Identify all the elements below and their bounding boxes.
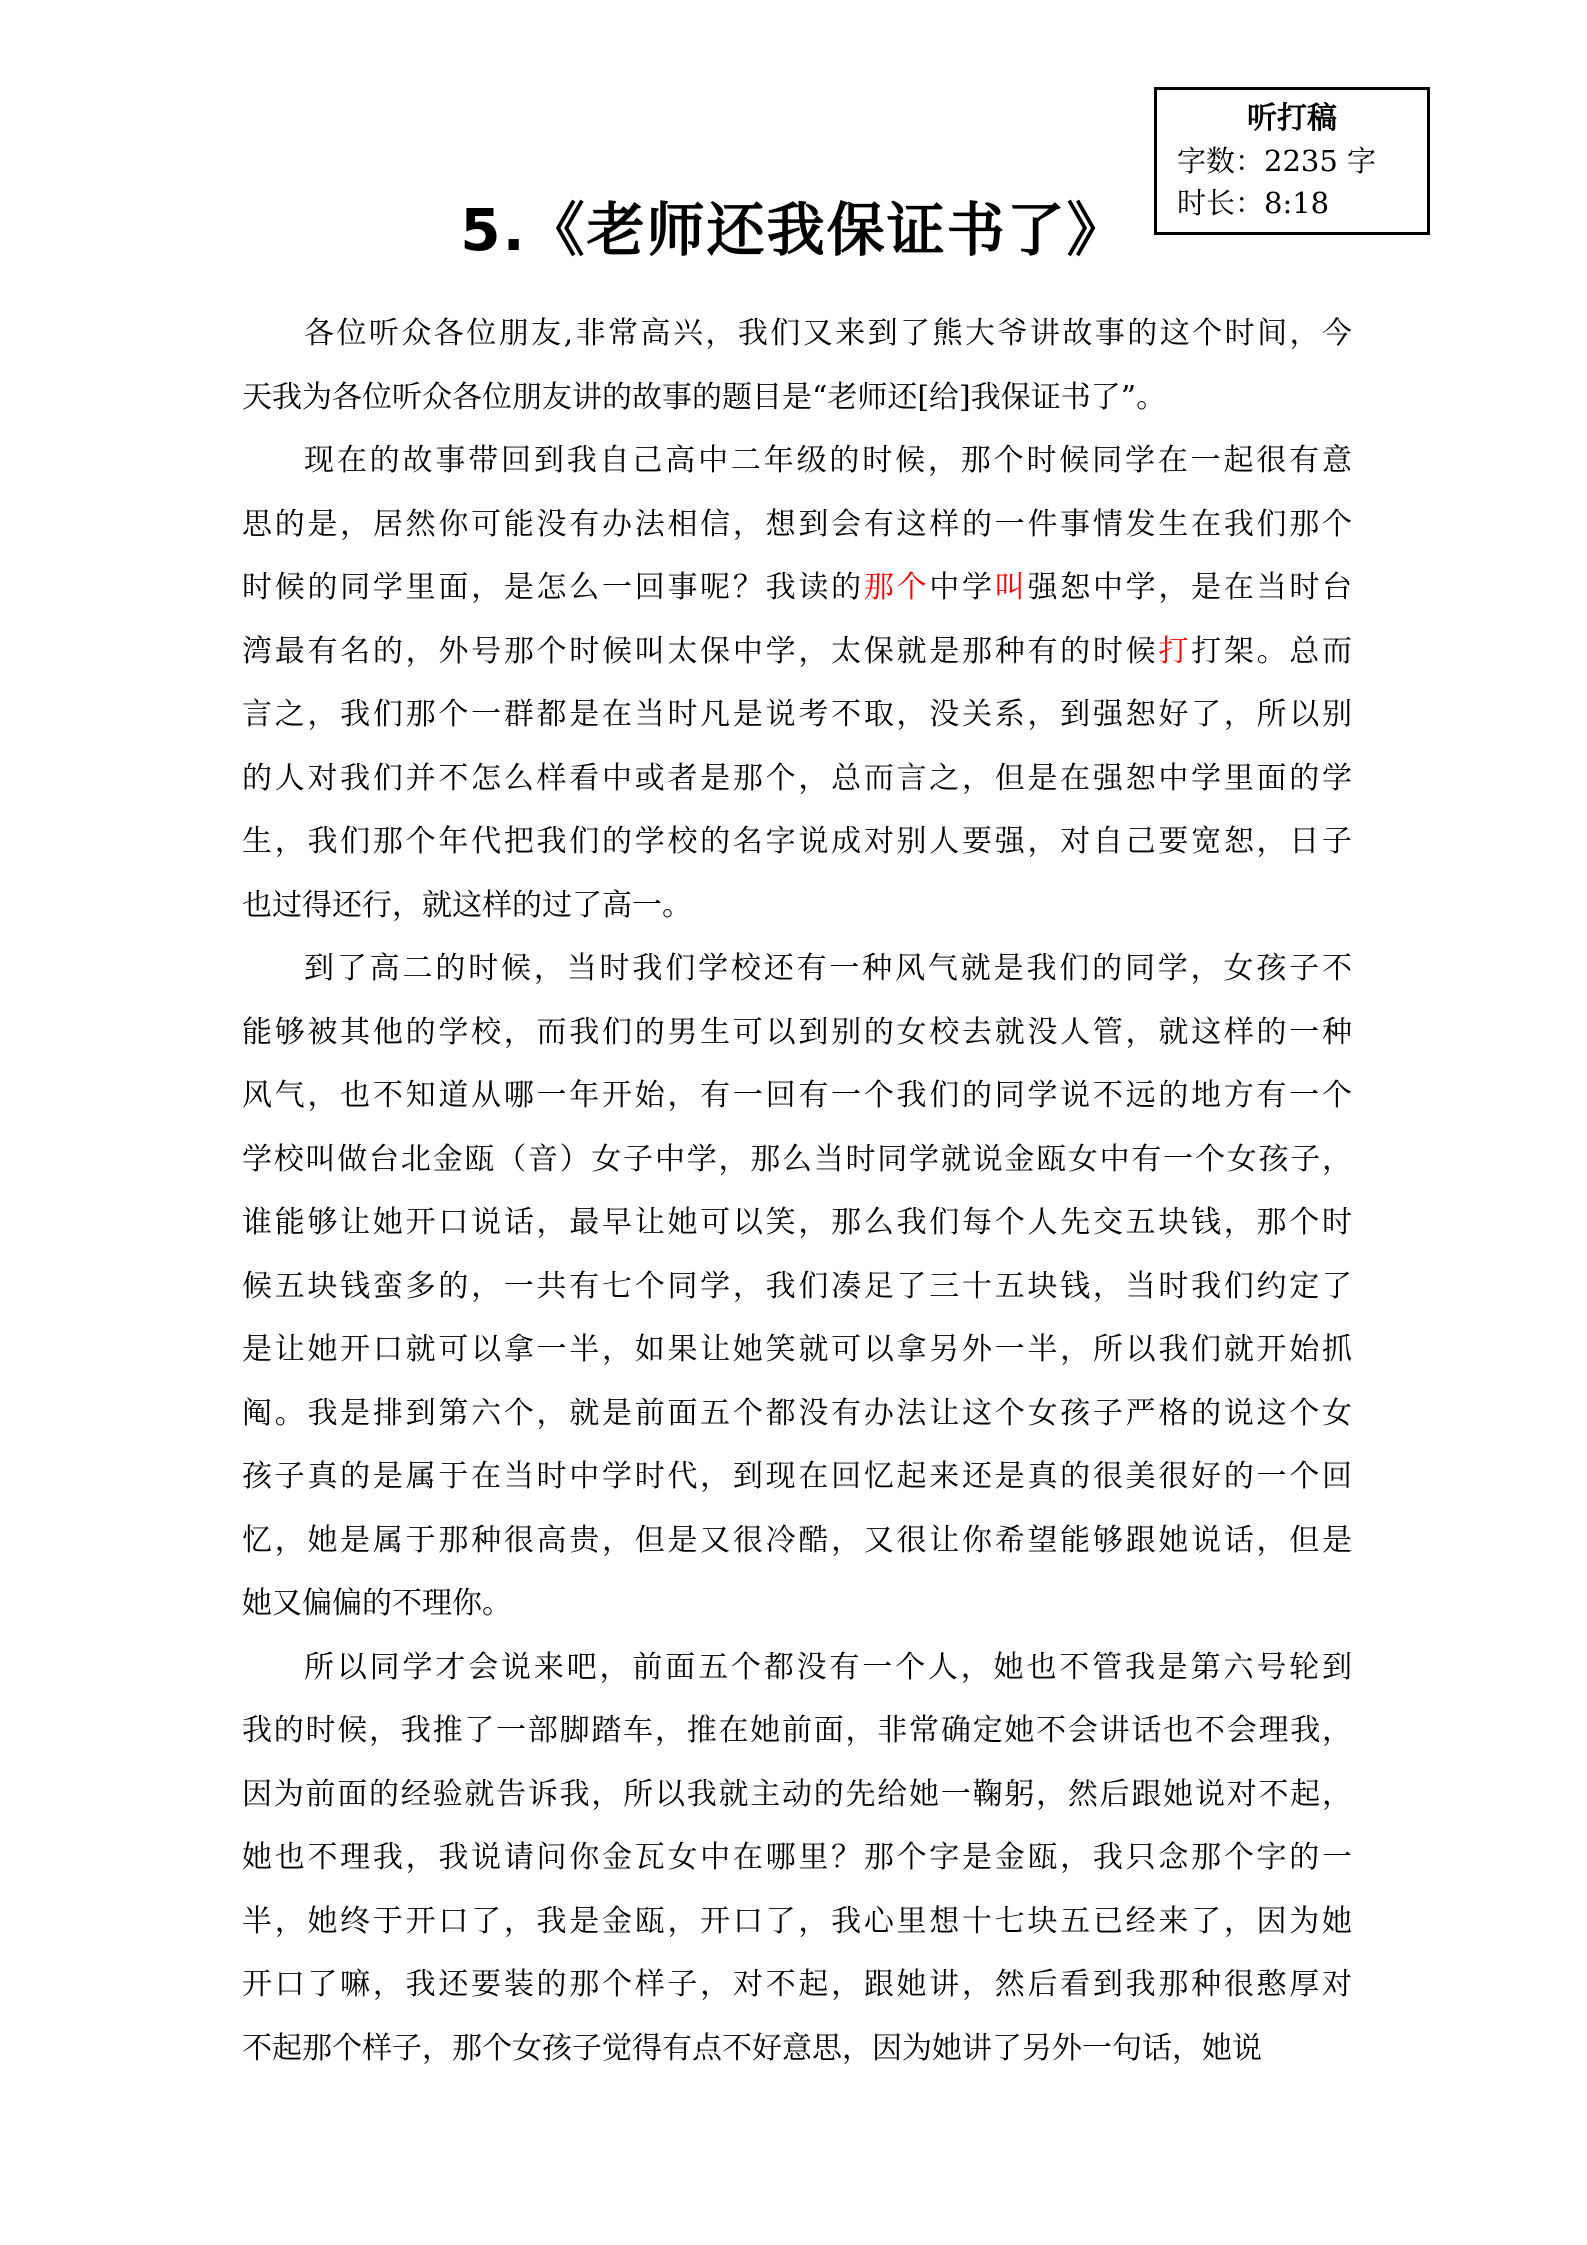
text-segment: 她也不理我，我说请问你金瓦女中在哪里？那个字是金瓯，我只念那个字的一 [242,1840,1352,1875]
text-segment: 是让她开口就可以拿一半，如果让她笑就可以拿另外一半，所以我们就开始抓 [242,1332,1352,1367]
text-line: 孩子真的是属于在当时中学时代，到现在回忆起来还是真的很美很好的一个回 [242,1445,1352,1509]
text-line: 时候的同学里面，是怎么一回事呢？我读的那个中学叫强恕中学，是在当时台 [242,556,1352,620]
text-segment: 时候的同学里面，是怎么一回事呢？我读的 [242,570,864,605]
text-line: 天我为各位听众各位朋友讲的故事的题目是“老师还[给]我保证书了”。 [242,366,1352,430]
text-segment: 天我为各位听众各位朋友讲的故事的题目是“老师还[给]我保证书了”。 [242,380,1166,415]
text-line: 我的时候，我推了一部脚踏车，推在她前面，非常确定她不会讲话也不会理我， [242,1699,1352,1763]
text-line: 学校叫做台北金瓯（音）女子中学，那么当时同学就说金瓯女中有一个女孩子， [242,1128,1352,1192]
highlighted-text: 打 [1158,634,1191,669]
text-segment: 她又偏偏的不理你。 [242,1586,512,1621]
text-line: 开口了嘛，我还要装的那个样子，对不起，跟她讲，然后看到我那种很憨厚对 [242,1953,1352,2017]
document-body: 各位听众各位朋友,非常高兴，我们又来到了熊大爷讲故事的这个时间，今天我为各位听众… [242,302,1352,2080]
text-line: 所以同学才会说来吧，前面五个都没有一个人，她也不管我是第六号轮到 [242,1636,1352,1700]
text-segment: 所以同学才会说来吧，前面五个都没有一个人，她也不管我是第六号轮到 [304,1650,1352,1685]
text-segment: 思的是，居然你可能没有办法相信，想到会有这样的一件事情发生在我们那个 [242,507,1352,542]
text-line: 半，她终于开口了，我是金瓯，开口了，我心里想十七块五已经来了，因为她 [242,1890,1352,1954]
word-count: 字数：2235 字 [1177,140,1427,182]
text-line: 她也不理我，我说请问你金瓦女中在哪里？那个字是金瓯，我只念那个字的一 [242,1826,1352,1890]
text-line: 是让她开口就可以拿一半，如果让她笑就可以拿另外一半，所以我们就开始抓 [242,1318,1352,1382]
text-segment: 学校叫做台北金瓯（音）女子中学，那么当时同学就说金瓯女中有一个女孩子， [242,1142,1352,1177]
text-segment: 中学 [929,570,994,605]
text-segment: 孩子真的是属于在当时中学时代，到现在回忆起来还是真的很美很好的一个回 [242,1459,1352,1494]
text-line: 候五块钱蛮多的，一共有七个同学，我们凑足了三十五块钱，当时我们约定了 [242,1255,1352,1319]
paragraph: 各位听众各位朋友,非常高兴，我们又来到了熊大爷讲故事的这个时间，今天我为各位听众… [242,302,1352,429]
text-segment: 也过得还行，就这样的过了高一。 [242,888,692,923]
text-line: 能够被其他的学校，而我们的男生可以到别的女校去就没人管，就这样的一种 [242,1001,1352,1065]
text-line: 也过得还行，就这样的过了高一。 [242,874,1352,938]
text-segment: 言之，我们那个一群都是在当时凡是说考不取，没关系，到强恕好了，所以别 [242,697,1352,732]
paragraph: 到了高二的时候，当时我们学校还有一种风气就是我们的同学，女孩子不能够被其他的学校… [242,937,1352,1636]
text-line: 她又偏偏的不理你。 [242,1572,1352,1636]
text-segment: 阄。我是排到第六个，就是前面五个都没有办法让这个女孩子严格的说这个女 [242,1396,1352,1431]
text-segment: 湾最有名的，外号那个时候叫太保中学，太保就是那种有的时候 [242,634,1158,669]
text-segment: 半，她终于开口了，我是金瓯，开口了，我心里想十七块五已经来了，因为她 [242,1904,1352,1939]
text-segment: 生，我们那个年代把我们的学校的名字说成对别人要强，对自己要宽恕，日子 [242,824,1352,859]
text-line: 思的是，居然你可能没有办法相信，想到会有这样的一件事情发生在我们那个 [242,493,1352,557]
text-segment: 现在的故事带回到我自己高中二年级的时候，那个时候同学在一起很有意 [304,443,1352,478]
text-segment: 风气，也不知道从哪一年开始，有一回有一个我们的同学说不远的地方有一个 [242,1078,1352,1113]
info-box-title: 听打稿 [1157,98,1427,140]
text-segment: 开口了嘛，我还要装的那个样子，对不起，跟她讲，然后看到我那种很憨厚对 [242,1967,1352,2002]
text-segment: 各位听众各位朋友,非常高兴，我们又来到了熊大爷讲故事的这个时间，今 [304,316,1352,351]
highlighted-text: 叫 [995,570,1028,605]
text-line: 到了高二的时候，当时我们学校还有一种风气就是我们的同学，女孩子不 [242,937,1352,1001]
text-line: 阄。我是排到第六个，就是前面五个都没有办法让这个女孩子严格的说这个女 [242,1382,1352,1446]
text-line: 不起那个样子，那个女孩子觉得有点不好意思，因为她讲了另外一句话，她说 [242,2017,1352,2081]
text-segment: 因为前面的经验就告诉我，所以我就主动的先给她一鞠躬，然后跟她说对不起， [242,1777,1352,1812]
text-segment: 到了高二的时候，当时我们学校还有一种风气就是我们的同学，女孩子不 [304,951,1352,986]
text-line: 忆，她是属于那种很高贵，但是又很冷酷，又很让你希望能够跟她说话，但是 [242,1509,1352,1573]
text-line: 湾最有名的，外号那个时候叫太保中学，太保就是那种有的时候打打架。总而 [242,620,1352,684]
text-line: 谁能够让她开口说话，最早让她可以笑，那么我们每个人先交五块钱，那个时 [242,1191,1352,1255]
text-segment: 忆，她是属于那种很高贵，但是又很冷酷，又很让你希望能够跟她说话，但是 [242,1523,1352,1558]
text-line: 言之，我们那个一群都是在当时凡是说考不取，没关系，到强恕好了，所以别 [242,683,1352,747]
text-segment: 候五块钱蛮多的，一共有七个同学，我们凑足了三十五块钱，当时我们约定了 [242,1269,1352,1304]
text-line: 的人对我们并不怎么样看中或者是那个，总而言之，但是在强恕中学里面的学 [242,747,1352,811]
document-title: 5.《老师还我保证书了》 [0,190,1587,270]
text-segment: 能够被其他的学校，而我们的男生可以到别的女校去就没人管，就这样的一种 [242,1015,1352,1050]
text-segment: 不起那个样子，那个女孩子觉得有点不好意思，因为她讲了另外一句话，她说 [242,2031,1262,2066]
text-line: 因为前面的经验就告诉我，所以我就主动的先给她一鞠躬，然后跟她说对不起， [242,1763,1352,1827]
text-segment: 打架。总而 [1191,634,1352,669]
paragraph: 所以同学才会说来吧，前面五个都没有一个人，她也不管我是第六号轮到我的时候，我推了… [242,1636,1352,2081]
text-line: 现在的故事带回到我自己高中二年级的时候，那个时候同学在一起很有意 [242,429,1352,493]
text-line: 各位听众各位朋友,非常高兴，我们又来到了熊大爷讲故事的这个时间，今 [242,302,1352,366]
text-segment: 谁能够让她开口说话，最早让她可以笑，那么我们每个人先交五块钱，那个时 [242,1205,1352,1240]
text-segment: 的人对我们并不怎么样看中或者是那个，总而言之，但是在强恕中学里面的学 [242,761,1352,796]
highlighted-text: 那个 [864,570,929,605]
paragraph: 现在的故事带回到我自己高中二年级的时候，那个时候同学在一起很有意思的是，居然你可… [242,429,1352,937]
text-segment: 我的时候，我推了一部脚踏车，推在她前面，非常确定她不会讲话也不会理我， [242,1713,1352,1748]
text-line: 风气，也不知道从哪一年开始，有一回有一个我们的同学说不远的地方有一个 [242,1064,1352,1128]
text-line: 生，我们那个年代把我们的学校的名字说成对别人要强，对自己要宽恕，日子 [242,810,1352,874]
text-segment: 强恕中学，是在当时台 [1028,570,1353,605]
